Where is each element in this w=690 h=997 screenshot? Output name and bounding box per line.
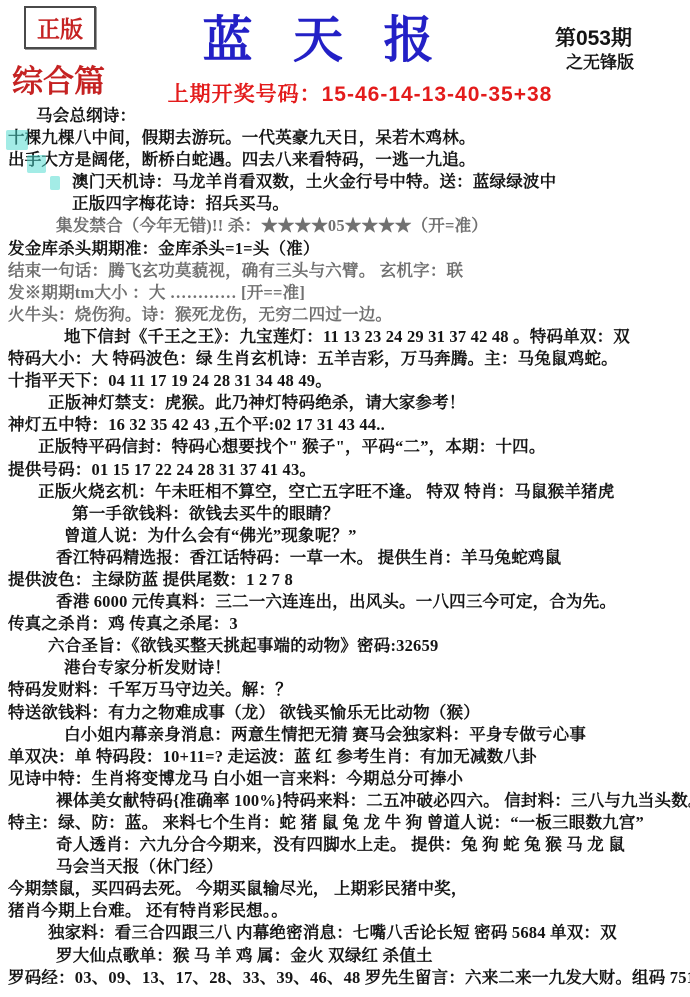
doc-line: 猪肖今期上台难。 还有特肖彩民想。。 [8, 900, 690, 922]
newspaper-page: 正版 蓝 天 报 第053期 之无锋版 综合篇 上期开奖号码：15-46-14-… [0, 0, 690, 997]
doc-line: 发金库杀头期期准：金库杀头=1=头（准） [8, 238, 690, 260]
doc-line: 神灯五中特：16 32 35 42 43 ,五个平:02 17 31 43 44… [8, 414, 690, 436]
doc-line: 罗大仙点歌单：猴 马 羊 鸡 属：金火 双绿红 杀值土 [8, 945, 690, 967]
doc-line: 传真之杀肖：鸡 传真之杀尾：3 [8, 613, 690, 635]
doc-line: 集发禁合（今年无错)!! 杀：★★★★05★★★★（开=准） [8, 215, 690, 237]
doc-line: 地下信封《千王之王》：九宝莲灯：11 13 23 24 29 31 37 42 … [8, 326, 690, 348]
doc-line: 六合圣旨：《欲钱买整天挑起事端的动物》密码:32659 [8, 635, 690, 657]
doc-line: 正版特平码信封：特码心想要找个" 猴子"，平码“二”，本期：十四。 [8, 436, 690, 458]
doc-line: 香港 6000 元传真料：三二一六连连出，出风头。一八四三今可定，合为先。 [8, 591, 690, 613]
doc-line: 白小姐内幕亲身消息：两意生情把无猜 赛马会独家料：平身专做亏心事 [8, 724, 690, 746]
doc-line: 发※期期tm大小 ：大 ………… [开==准] [8, 282, 690, 304]
last-draw-numbers: 上期开奖号码：15-46-14-13-40-35+38 [120, 78, 600, 108]
doc-line: 奇人透肖：六九分合今期来，没有四脚水上走。 提供：兔 狗 蛇 兔 猴 马 龙 鼠 [8, 834, 690, 856]
edition-label: 之无锋版 [566, 48, 634, 73]
document-lines: 马会总纲诗：十棵九棵八中间，假期去游玩。一代英豪九天日，呆若木鸡林。出手大方是阔… [8, 105, 690, 989]
doc-line: 特主：绿、防：蓝。 来料七个生肖：蛇 猪 鼠 兔 龙 牛 狗 曾道人说：“一板三… [8, 812, 690, 834]
doc-line: 正版火烧玄机：午未旺相不算空，空亡五字旺不逢。 特双 特肖：马鼠猴羊猪虎 [8, 481, 690, 503]
section-title: 综合篇 [12, 56, 105, 101]
doc-line: 特码发财料：千军万马守边关。解：？ [8, 679, 690, 701]
doc-line: 正版四字梅花诗：招兵买马。 [8, 193, 690, 215]
doc-line: 提供波色：主绿防蓝 提供尾数：1 2 7 8 [8, 569, 690, 591]
doc-line: 曾道人说：为什么会有“佛光”现象呢？” [8, 525, 690, 547]
doc-line: 马会当天报（休门经） [8, 856, 690, 878]
doc-line: 港台专家分析发财诗！ [8, 657, 690, 679]
doc-line: 十棵九棵八中间，假期去游玩。一代英豪九天日，呆若木鸡林。 [8, 127, 690, 149]
doc-line: 今期禁鼠，买四码去死。 今期买鼠输尽光， 上期彩民猪中奖， [8, 878, 690, 900]
doc-line: 出手大方是阔佬，断桥白蛇遇。四去八来看特码，一逃一九追。 [8, 149, 690, 171]
doc-line: 罗码经：03、09、13、17、28、33、39、46、48 罗先生留言：六来二… [8, 967, 690, 989]
doc-line: 十指平天下：04 11 17 19 24 28 31 34 48 49。 [8, 370, 690, 392]
doc-line: 澳门天机诗：马龙羊肖看双数，土火金行号中特。送：蓝绿绿波中 [8, 171, 690, 193]
doc-line: 特码大小：大 特码波色：绿 生肖玄机诗：五羊吉彩，万马奔腾。主：马兔鼠鸡蛇。 [8, 348, 690, 370]
doc-line: 火牛头：烧伤狗。诗：猴死龙伤，无穷二四过一边。 [8, 304, 690, 326]
doc-line: 独家料：看三合四跟三八 内幕绝密消息：七嘴八舌论长短 密码 5684 单双：双 [8, 922, 690, 944]
doc-line: 提供号码：01 15 17 22 24 28 31 37 41 43。 [8, 459, 690, 481]
doc-line: 见诗中特：生肖将变博龙马 白小姐一言来料：今期总分可捧小 [8, 768, 690, 790]
doc-line: 马会总纲诗： [8, 105, 690, 127]
doc-line: 结束一句话：腾飞玄功莫藐视，确有三头与六臂。 玄机字：联 [8, 260, 690, 282]
doc-line: 香江特码精选报：香江话特码：一草一木。 提供生肖：羊马兔蛇鸡鼠 [8, 547, 690, 569]
doc-line: 裸体美女献特码{准确率 100%}特码来料：二五冲破必四六。 信封料：三八与九当… [8, 790, 690, 812]
doc-line: 单双决：单 特码段：10+11=? 走运波：蓝 红 参考生肖：有加无减数八卦 [8, 746, 690, 768]
doc-line: 特送欲钱料：有力之物难成事（龙） 欲钱买愉乐无比动物（猴） [8, 702, 690, 724]
doc-line: 正版神灯禁支：虎猴。此乃神灯特码绝杀，请大家参考！ [8, 392, 690, 414]
doc-line: 第一手欲钱料：欲钱去买牛的眼睛？ [8, 503, 690, 525]
